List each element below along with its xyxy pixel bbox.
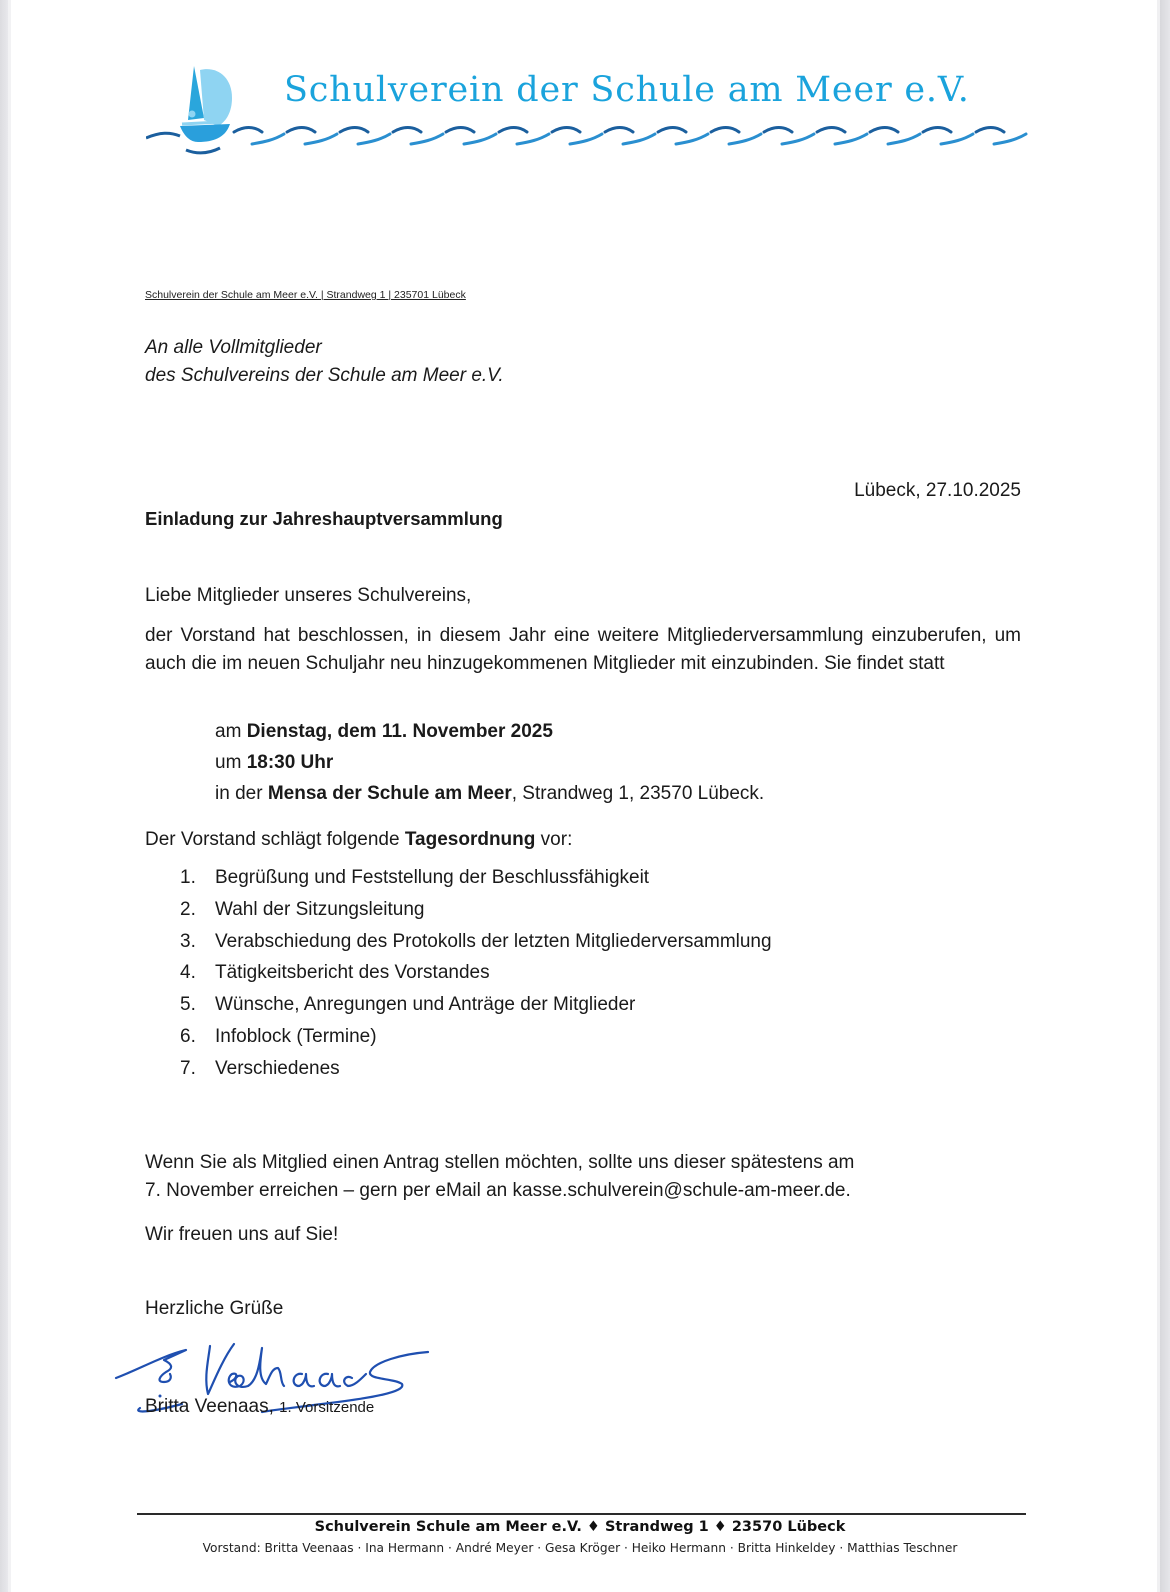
agenda-item: 6.Infoblock (Termine) — [180, 1021, 772, 1053]
meeting-time: um 18:30 Uhr — [215, 747, 764, 778]
agenda-intro: Der Vorstand schlägt folgende Tagesordnu… — [145, 826, 1021, 854]
recipient-line: An alle Vollmitglieder — [145, 334, 504, 362]
footer-divider — [137, 1513, 1026, 1515]
sender-address-line: Schulverein der Schule am Meer e.V. | St… — [145, 289, 466, 301]
meeting-place: in der Mensa der Schule am Meer, Strandw… — [215, 778, 764, 809]
email-address: kasse.schulverein@schule-am-meer.de — [513, 1180, 846, 1201]
meeting-details: am Dienstag, dem 11. November 2025 um 18… — [215, 716, 764, 809]
closing-line: Wir freuen uns auf Sie! — [145, 1221, 1021, 1249]
signer-name: Britta Veenaas, 1. Vorsitzende — [145, 1396, 374, 1418]
page-edge-right — [1160, 0, 1170, 1592]
intro-paragraph: der Vorstand hat beschlossen, in diesem … — [145, 622, 1021, 678]
agenda-item: 3.Verabschiedung des Protokolls der letz… — [180, 926, 772, 958]
meeting-date: am Dienstag, dem 11. November 2025 — [215, 716, 764, 747]
letterhead-title: Schulverein der Schule am Meer e.V. — [284, 70, 970, 110]
agenda-item: 4.Tätigkeitsbericht des Vorstandes — [180, 957, 772, 989]
page-edge-left — [0, 0, 8, 1592]
agenda-item: 5.Wünsche, Anregungen und Anträge der Mi… — [180, 989, 772, 1021]
recipient-block: An alle Vollmitglieder des Schulvereins … — [145, 334, 504, 390]
regards-line: Herzliche Grüße — [145, 1295, 1021, 1323]
agenda-item: 2.Wahl der Sitzungsleitung — [180, 894, 772, 926]
agenda-item: 1.Begrüßung und Feststellung der Beschlu… — [180, 862, 772, 894]
letter-subject: Einladung zur Jahreshauptversammlung — [145, 508, 503, 530]
recipient-line: des Schulvereins der Schule am Meer e.V. — [145, 362, 504, 390]
agenda-item: 7.Verschiedenes — [180, 1053, 772, 1085]
salutation: Liebe Mitglieder unseres Schulvereins, — [145, 582, 1021, 610]
request-paragraph: Wenn Sie als Mitglied einen Antrag stell… — [145, 1149, 1021, 1205]
footer-board-members: Vorstand: Britta Veenaas · Ina Hermann ·… — [0, 1541, 1160, 1555]
agenda-list: 1.Begrüßung und Feststellung der Beschlu… — [180, 862, 772, 1085]
footer-address: Schulverein Schule am Meer e.V. ♦ Strand… — [0, 1519, 1160, 1535]
signer-role: 1. Vorsitzende — [279, 1399, 374, 1416]
letter-date: Lübeck, 27.10.2025 — [854, 480, 1021, 502]
